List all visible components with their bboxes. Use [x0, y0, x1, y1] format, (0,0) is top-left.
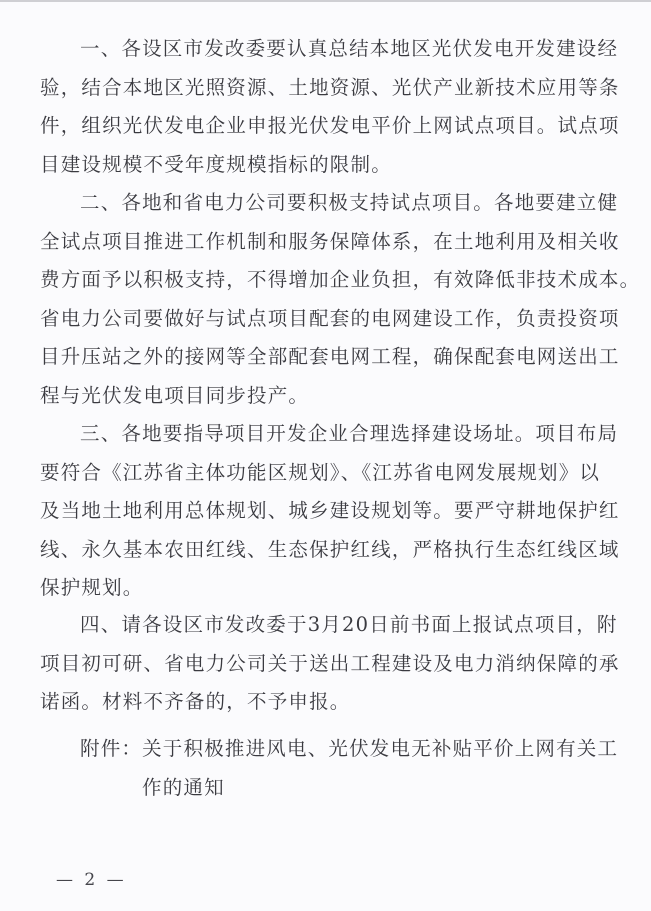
text-line: 费方面予以积极支持，不得增加企业负担，有效降低非技术成本。 — [40, 261, 640, 300]
text-line: 四、请各设区市发改委于3月20日前书面上报试点项目，附 — [40, 606, 620, 645]
text-line: 目升压站之外的接网等全部配套电网工程，确保配套电网送出工 — [40, 338, 640, 377]
text-line: 三、各地要指导项目开发企业合理选择建设场址。项目布局 — [40, 415, 620, 454]
text-line: 件，组织光伏发电企业申报光伏发电平价上网试点项目。试点项 — [40, 107, 620, 146]
text-line: 诺函。材料不齐备的，不予申报。 — [40, 683, 620, 722]
attachment-line-1: 附件：关于积极推进风电、光伏发电无补贴平价上网有关工 — [40, 730, 618, 769]
text-line: 目建设规模不受年度规模指标的限制。 — [40, 146, 620, 185]
text-line: 省电力公司要做好与试点项目配套的电网建设工作，负责投资项 — [40, 300, 640, 339]
text-line: 全试点项目推进工作机制和服务保障体系，在土地利用及相关收 — [40, 223, 640, 262]
text-line: 保护规划。 — [40, 569, 620, 608]
paragraph-2: 二、各地和省电力公司要积极支持试点项目。各地要建立健 全试点项目推进工作机制和服… — [40, 184, 640, 415]
paragraph-4: 四、请各设区市发改委于3月20日前书面上报试点项目，附 项目初可研、省电力公司关… — [40, 606, 620, 722]
text-line: 及当地土地利用总体规划、城乡建设规划等。要严守耕地保护红 — [40, 492, 620, 531]
text-line: 二、各地和省电力公司要积极支持试点项目。各地要建立健 — [40, 184, 640, 223]
paragraph-3: 三、各地要指导项目开发企业合理选择建设场址。项目布局 要符合《江苏省主体功能区规… — [40, 415, 620, 608]
text-line: 项目初可研、省电力公司关于送出工程建设及电力消纳保障的承 — [40, 645, 620, 684]
text-line: 要符合《江苏省主体功能区规划》、《江苏省电网发展规划》以 — [40, 454, 620, 493]
top-border — [0, 0, 651, 2]
paragraph-1: 一、各设区市发改委要认真总结本地区光伏发电开发建设经 验，结合本地区光照资源、土… — [40, 30, 620, 184]
attachment-note: 附件：关于积极推进风电、光伏发电无补贴平价上网有关工 作的通知 — [40, 730, 618, 807]
page-number: — 2 — — [56, 870, 127, 890]
text-line: 验，结合本地区光照资源、土地资源、光伏产业新技术应用等条 — [40, 69, 620, 108]
text-line: 线、永久基本农田红线、生态保护红线，严格执行生态红线区域 — [40, 531, 620, 570]
text-line: 程与光伏发电项目同步投产。 — [40, 377, 640, 416]
text-line: 一、各设区市发改委要认真总结本地区光伏发电开发建设经 — [40, 30, 620, 69]
attachment-line-2: 作的通知 — [40, 769, 618, 808]
